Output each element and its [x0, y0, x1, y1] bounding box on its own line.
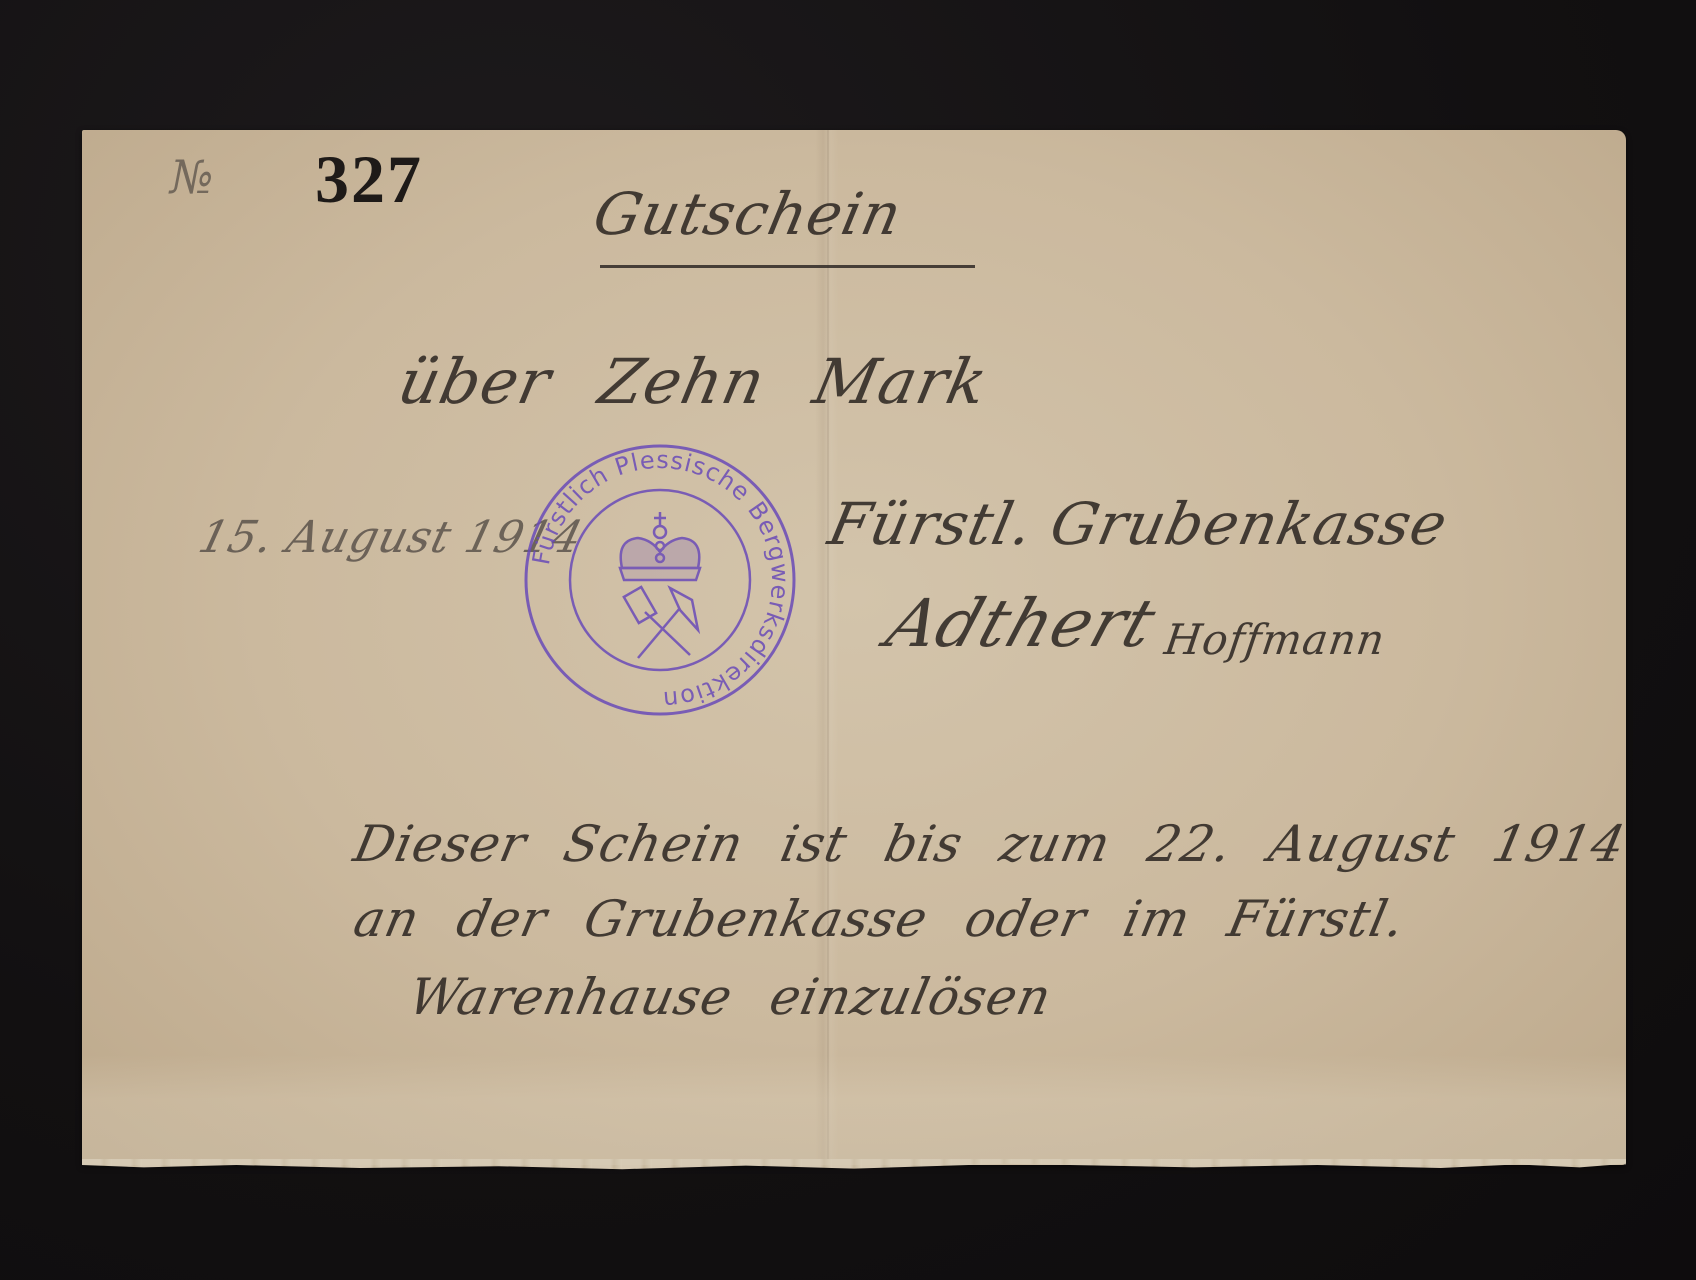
number-prefix: № [170, 150, 214, 204]
issuer-line: Fürstl. Grubenkasse [823, 490, 1454, 558]
body-line-2: an der Grubenkasse oder im Fürstl. [349, 890, 1411, 948]
official-stamp: Fürstlich Plessische Bergwerksdirektion [520, 440, 800, 720]
signature-second: Hoffmann [1162, 615, 1389, 664]
title-underline [600, 265, 975, 268]
crown-icon [620, 512, 700, 580]
signature-first: Adthert [877, 585, 1165, 662]
document-title: Gutschein [588, 180, 908, 248]
stamp-seal-icon: Fürstlich Plessische Bergwerksdirektion [520, 440, 800, 720]
body-line-1: Dieser Schein ist bis zum 22. August 191… [349, 815, 1631, 873]
serial-number: 327 [315, 140, 423, 219]
amount-line: über Zehn Mark [392, 345, 994, 418]
body-line-3: Warenhause einzulösen [404, 968, 1057, 1026]
crossed-hammers-icon [624, 587, 698, 658]
